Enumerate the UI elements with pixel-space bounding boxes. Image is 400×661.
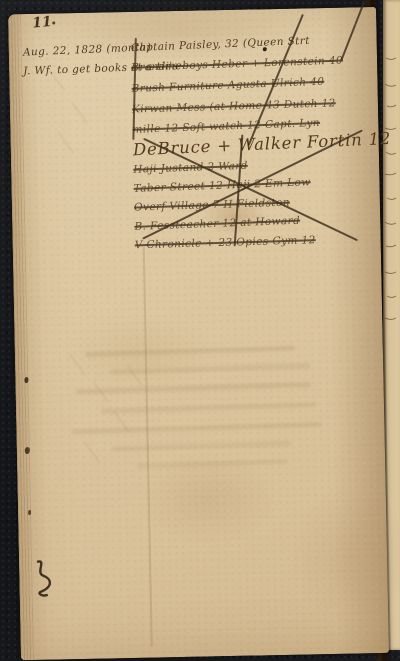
entry-right-text: Captain Paisley, 32 (Queen Strt <box>131 36 310 54</box>
entry-right-text: Brandi's boys Heber + Lorenstein 40 <box>131 56 343 74</box>
faint-hatch-mark <box>71 101 88 123</box>
ghost-writing-row <box>137 459 287 469</box>
entry-right-text: V Chronicle + 23 Opies Gym 12 <box>135 235 316 251</box>
ghost-writing-row <box>71 422 321 435</box>
manuscript-line: mille 12 Soft watch 12 Capt. Lyn <box>10 116 370 130</box>
manuscript-line: Taber Street 12 Haji 2 Em Low <box>12 175 372 189</box>
entry-right-text: Kirwan Mess (at Home 43 Dutch 12 <box>132 98 336 115</box>
faint-hatch-mark <box>69 354 86 376</box>
cross-out-strokes <box>8 7 376 14</box>
journal-page: 11 Aug. 22, 1828 (month)Captain Paisley,… <box>8 7 389 660</box>
manuscript-line: V Chronicle + 23 Opies Gym 12 <box>13 234 373 244</box>
ghost-writing-row <box>101 402 316 414</box>
entry-right-text: Brush Furniture Agusta Ulrich 40 <box>132 77 325 95</box>
bleed-through-ghost-writing <box>8 7 376 14</box>
ink-blot <box>52 21 55 24</box>
faint-hatch-mark <box>84 441 101 463</box>
manuscript-entries: Aug. 22, 1828 (month)Captain Paisley, 32… <box>8 7 376 14</box>
ghost-writing-row <box>110 363 310 374</box>
manuscript-line: Overf Village 7 H Fieldston <box>12 195 372 207</box>
pen-cross-out-stroke <box>340 2 364 61</box>
ghost-writing-row <box>76 382 311 394</box>
entry-right-text: Overf Village 7 H Fieldston <box>134 198 290 214</box>
entry-right-text: Haji Justand 2 Ward <box>133 161 248 175</box>
entry-right-text: Taber Street 12 Haji 2 Em Low <box>134 177 311 194</box>
faint-hatch-mark <box>58 132 75 154</box>
ghost-writing-row <box>112 441 292 451</box>
page-number: 11 <box>32 14 53 32</box>
manuscript-line: Aug. 22, 1828 (month)Captain Paisley, 32… <box>9 33 369 48</box>
manuscript-line: Brush Furniture Agusta Ulrich 40 <box>10 75 370 89</box>
manuscript-line: Haji Justand 2 Ward <box>11 157 371 169</box>
ink-squiggle <box>31 558 62 601</box>
paper-stain <box>288 486 400 628</box>
journal-photo: 11 Aug. 22, 1828 (month)Captain Paisley,… <box>0 0 400 661</box>
manuscript-line: Kirwan Mess (at Home 43 Dutch 12 <box>10 97 370 108</box>
ghost-writing-row <box>85 346 295 357</box>
